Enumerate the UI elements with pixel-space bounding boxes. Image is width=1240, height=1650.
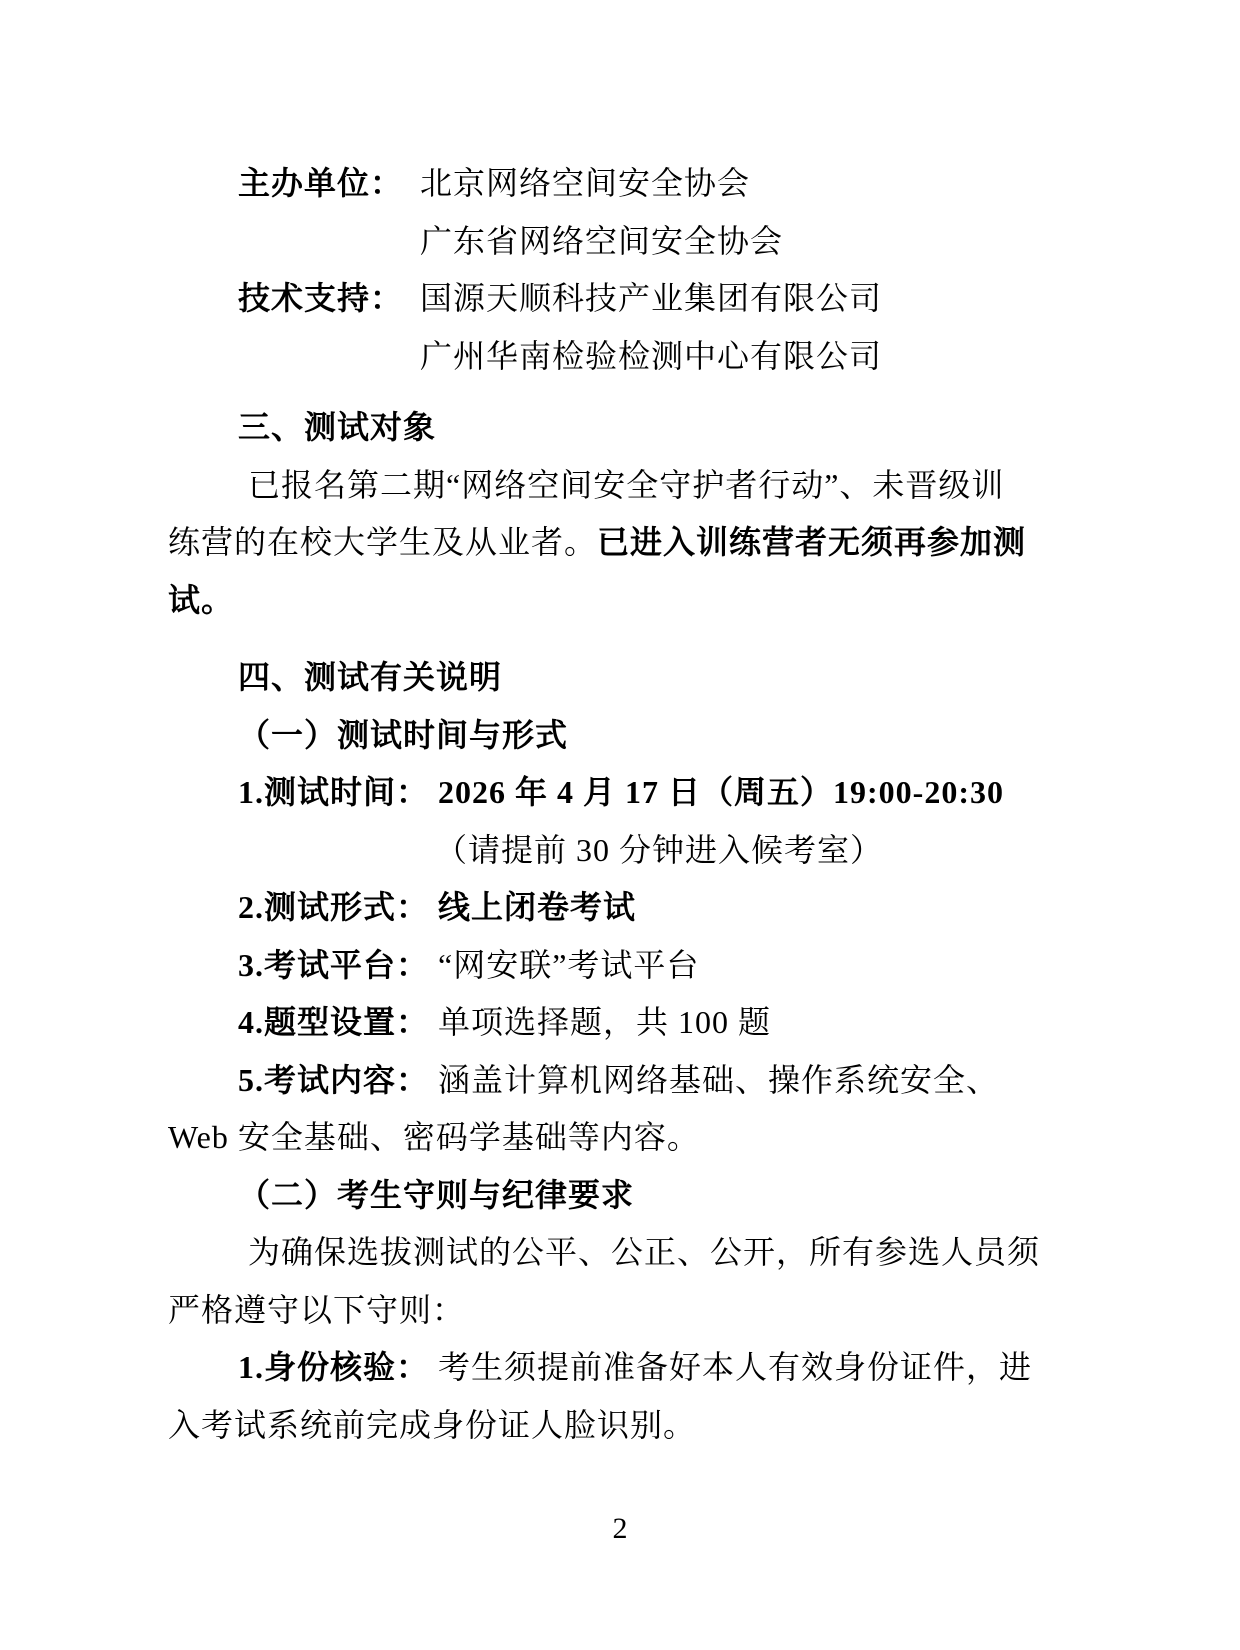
tech-support-line-1: 技术支持：国源天顺科技产业集团有限公司 — [168, 270, 1080, 328]
rule1-line-1: 1.身份核验：考生须提前准备好本人有效身份证件，进 — [168, 1339, 1080, 1397]
item4-value: 单项选择题，共 100 题 — [438, 1004, 771, 1040]
section3-line2-normal: 练营的在校大学生及从业者。 — [168, 524, 597, 560]
section4-heading: 四、测试有关说明 — [168, 649, 1080, 707]
section3-paragraph-line-2: 练营的在校大学生及从业者。已进入训练营者无须再参加测 — [168, 514, 1080, 572]
item3-label: 3.考试平台： — [238, 937, 438, 995]
item2-value: 线上闭卷考试 — [438, 889, 636, 925]
item5-label: 5.考试内容： — [238, 1052, 438, 1110]
tech-support-value-1: 国源天顺科技产业集团有限公司 — [420, 280, 882, 316]
section3-paragraph-line-3: 试。 — [168, 572, 1080, 630]
rules-intro-line-2: 严格遵守以下守则： — [168, 1282, 1080, 1340]
item1-line: 1.测试时间：2026 年 4 月 17 日（周五）19:00-20:30 — [168, 764, 1080, 822]
document-page: 主办单位：北京网络空间安全协会 广东省网络空间安全协会 技术支持：国源天顺科技产… — [0, 0, 1240, 1650]
organizer-line-2: 广东省网络空间安全协会 — [168, 213, 1080, 271]
document-content: 主办单位：北京网络空间安全协会 广东省网络空间安全协会 技术支持：国源天顺科技产… — [168, 155, 1080, 1454]
item4-label: 4.题型设置： — [238, 994, 438, 1052]
section3-paragraph-line-1: 已报名第二期“网络空间安全守护者行动”、未晋级训 — [168, 457, 1080, 515]
organizer-label: 主办单位： — [238, 155, 420, 213]
organizer-line-1: 主办单位：北京网络空间安全协会 — [168, 155, 1080, 213]
section3-heading: 三、测试对象 — [168, 399, 1080, 457]
item4-line: 4.题型设置：单项选择题，共 100 题 — [168, 994, 1080, 1052]
item1-label: 1.测试时间： — [238, 764, 438, 822]
section4-sub2-heading: （二）考生守则与纪律要求 — [168, 1167, 1080, 1225]
rule1-line-2: 入考试系统前完成身份证人脸识别。 — [168, 1397, 1080, 1455]
rule1-label: 1.身份核验： — [238, 1339, 438, 1397]
item2-label: 2.测试形式： — [238, 879, 438, 937]
item1-note-line: （请提前 30 分钟进入候考室） — [168, 822, 1080, 880]
item5-line-1: 5.考试内容：涵盖计算机网络基础、操作系统安全、 — [168, 1052, 1080, 1110]
tech-support-value-2: 广州华南检验检测中心有限公司 — [420, 338, 882, 374]
item5-value-line-1: 涵盖计算机网络基础、操作系统安全、 — [438, 1062, 999, 1098]
tech-support-label: 技术支持： — [238, 270, 420, 328]
rule1-value-line-1: 考生须提前准备好本人有效身份证件，进 — [438, 1349, 1032, 1385]
item3-value: “网安联”考试平台 — [438, 947, 699, 983]
item1-value: 2026 年 4 月 17 日（周五）19:00-20:30 — [438, 774, 1004, 810]
item3-line: 3.考试平台：“网安联”考试平台 — [168, 937, 1080, 995]
section4-sub1-heading: （一）测试时间与形式 — [168, 707, 1080, 765]
item2-line: 2.测试形式：线上闭卷考试 — [168, 879, 1080, 937]
organizer-value-2: 广东省网络空间安全协会 — [420, 223, 783, 259]
organizer-value-1: 北京网络空间安全协会 — [420, 165, 750, 201]
rules-intro-line-1: 为确保选拔测试的公平、公正、公开，所有参选人员须 — [168, 1224, 1080, 1282]
item5-line-2: Web 安全基础、密码学基础等内容。 — [168, 1109, 1080, 1167]
tech-support-line-2: 广州华南检验检测中心有限公司 — [168, 328, 1080, 386]
page-number: 2 — [0, 1500, 1240, 1558]
section3-line2-bold: 已进入训练营者无须再参加测 — [597, 524, 1026, 560]
